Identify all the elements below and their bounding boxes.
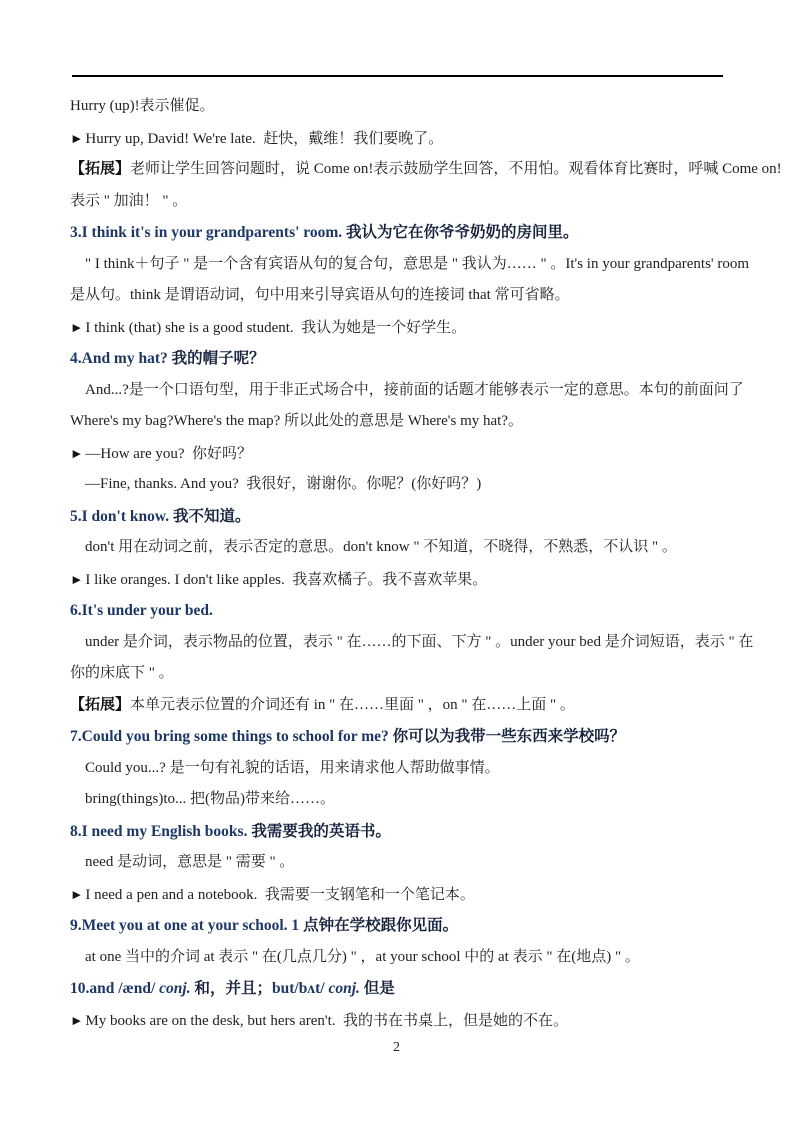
example-arrow-icon: ► — [70, 131, 85, 146]
text-segment: 10.and /ænd/ — [70, 980, 159, 997]
section-8-example: ►I need a pen and a notebook. 我需要一支钢笔和一个… — [70, 879, 730, 911]
text-segment: conj. — [328, 980, 359, 997]
section-8-heading: 8.I need my English books. 我需要我的英语书。 — [70, 816, 730, 848]
section-6-expand: 【拓展】本单元表示位置的介词还有 in " 在……里面 " ，on " 在……上… — [70, 690, 730, 722]
section-8-expl: need 是动词，意思是 " 需要 " 。 — [70, 847, 730, 879]
section-7-heading: 7.Could you bring some things to school … — [70, 721, 730, 753]
example-arrow-icon: ► — [70, 446, 85, 461]
document-page: Hurry (up)!表示催促。►Hurry up, David! We're … — [0, 0, 793, 1122]
section-3-expl-1: " I think＋句子 " 是一个含有宾语从句的复合句，意思是 " 我认为……… — [70, 249, 730, 281]
text-segment: 【拓展】 — [70, 697, 130, 713]
text-segment: 8.I need my English books. — [70, 823, 251, 840]
section-5-expl: don't 用在动词之前，表示否定的意思。don't know " 不知道，不晓… — [70, 532, 730, 564]
text-segment: 我认为它在你爷爷奶奶的房间里。 — [346, 224, 579, 241]
text-segment: 7.Could you bring some things to school … — [70, 728, 393, 745]
text-segment: 和，并且； — [194, 980, 272, 997]
text-segment: 6.It's under your bed. — [70, 602, 213, 619]
document-body: Hurry (up)!表示催促。►Hurry up, David! We're … — [70, 91, 730, 1036]
section-5-example: ►I like oranges. I don't like apples. 我喜… — [70, 564, 730, 596]
text-segment: don't 用在动词之前，表示否定的意思。don't know " 不知道，不晓… — [85, 539, 677, 555]
text-segment: Could you...? 是一句有礼貌的话语，用来请求他人帮助做事情。 — [85, 760, 500, 776]
text-segment: 本单元表示位置的介词还有 in " 在……里面 " ，on " 在……上面 " … — [130, 697, 575, 713]
example-arrow-icon: ► — [70, 1013, 85, 1028]
example-arrow-icon: ► — [70, 572, 85, 587]
example-hurry-up: ►Hurry up, David! We're late. 赶快，戴维！我们要晚… — [70, 123, 730, 155]
text-segment: 4.And my hat? — [70, 350, 172, 367]
text-segment: My books are on the desk, but hers aren'… — [85, 1013, 568, 1029]
section-6-heading: 6.It's under your bed. — [70, 595, 730, 627]
page-number: 2 — [0, 1038, 793, 1058]
example-arrow-icon: ► — [70, 887, 85, 902]
expand-come-on-cont: 表示 " 加油！ " 。 — [70, 186, 730, 218]
text-segment: I like oranges. I don't like apples. 我喜欢… — [85, 572, 487, 588]
section-7-expl-2: bring(things)to... 把(物品)带来给……。 — [70, 784, 730, 816]
text-segment: bring(things)to... 把(物品)带来给……。 — [85, 791, 335, 807]
para-hurry: Hurry (up)!表示催促。 — [70, 91, 730, 123]
text-segment: 我需要我的英语书。 — [251, 823, 391, 840]
section-5-heading: 5.I don't know. 我不知道。 — [70, 501, 730, 533]
text-segment: 我的帽子呢？ — [172, 350, 265, 367]
section-4-example-a: —Fine, thanks. And you? 我很好，谢谢你。你呢？(你好吗？… — [70, 469, 730, 501]
text-segment: 但是 — [364, 980, 395, 997]
text-segment: 是从句。think 是谓语动词，句中用来引导宾语从句的连接词 that 常可省略… — [70, 287, 570, 303]
text-segment: conj. — [159, 980, 190, 997]
text-segment: 我不知道。 — [173, 508, 251, 525]
section-6-expl-1: under 是介词，表示物品的位置，表示 " 在……的下面、下方 " 。unde… — [70, 627, 730, 659]
text-segment: I need a pen and a notebook. 我需要一支钢笔和一个笔… — [85, 887, 475, 903]
section-9-expl: at one 当中的介词 at 表示 " 在(几点几分) " ，at your … — [70, 942, 730, 974]
section-10-example: ►My books are on the desk, but hers aren… — [70, 1005, 730, 1037]
text-segment: —How are you? 你好吗？ — [85, 446, 252, 462]
text-segment: but/bʌt/ — [272, 980, 328, 997]
text-segment: 你可以为我带一些东西来学校吗？ — [393, 728, 626, 745]
section-3-expl-2: 是从句。think 是谓语动词，句中用来引导宾语从句的连接词 that 常可省略… — [70, 280, 730, 312]
example-arrow-icon: ► — [70, 320, 85, 335]
text-segment: 表示 " 加油！ " 。 — [70, 193, 187, 209]
header-rule — [72, 75, 723, 77]
text-segment: Where's my bag?Where's the map? 所以此处的意思是… — [70, 413, 523, 429]
section-4-heading: 4.And my hat? 我的帽子呢？ — [70, 343, 730, 375]
section-4-expl-2: Where's my bag?Where's the map? 所以此处的意思是… — [70, 406, 730, 438]
text-segment: 【拓展】 — [70, 161, 130, 177]
expand-come-on: 【拓展】老师让学生回答问题时，说 Come on!表示鼓励学生回答，不用怕。观看… — [70, 154, 730, 186]
text-segment: —Fine, thanks. And you? 我很好，谢谢你。你呢？(你好吗？… — [85, 476, 481, 492]
section-3-example: ►I think (that) she is a good student. 我… — [70, 312, 730, 344]
text-segment: I think (that) she is a good student. 我认… — [85, 320, 466, 336]
text-segment: Hurry up, David! We're late. 赶快，戴维！我们要晚了… — [85, 131, 443, 147]
section-6-expl-2: 你的床底下 " 。 — [70, 658, 730, 690]
section-10-heading: 10.and /ænd/ conj. 和，并且；but/bʌt/ conj. 但… — [70, 973, 730, 1005]
text-segment: And...?是一个口语句型，用于非正式场合中，接前面的话题才能够表示一定的意思… — [85, 382, 744, 398]
text-segment: need 是动词，意思是 " 需要 " 。 — [85, 854, 294, 870]
section-9-heading: 9.Meet you at one at your school. 1 点钟在学… — [70, 910, 730, 942]
section-3-heading: 3.I think it's in your grandparents' roo… — [70, 217, 730, 249]
section-4-example-q: ►—How are you? 你好吗？ — [70, 438, 730, 470]
text-segment: 你的床底下 " 。 — [70, 665, 174, 681]
text-segment: Hurry (up)!表示催促。 — [70, 98, 215, 114]
section-7-expl-1: Could you...? 是一句有礼貌的话语，用来请求他人帮助做事情。 — [70, 753, 730, 785]
text-segment: at one 当中的介词 at 表示 " 在(几点几分) " ，at your … — [85, 949, 640, 965]
text-segment: under 是介词，表示物品的位置，表示 " 在……的下面、下方 " 。unde… — [85, 634, 753, 650]
text-segment: 老师让学生回答问题时，说 Come on!表示鼓励学生回答，不用怕。观看体育比赛… — [130, 161, 782, 177]
text-segment: 点钟在学校跟你见面。 — [303, 917, 458, 934]
text-segment: 3.I think it's in your grandparents' roo… — [70, 224, 346, 241]
text-segment: 9.Meet you at one at your school. 1 — [70, 917, 303, 934]
text-segment: " I think＋句子 " 是一个含有宾语从句的复合句，意思是 " 我认为……… — [85, 256, 749, 272]
section-4-expl-1: And...?是一个口语句型，用于非正式场合中，接前面的话题才能够表示一定的意思… — [70, 375, 730, 407]
text-segment: 5.I don't know. — [70, 508, 173, 525]
